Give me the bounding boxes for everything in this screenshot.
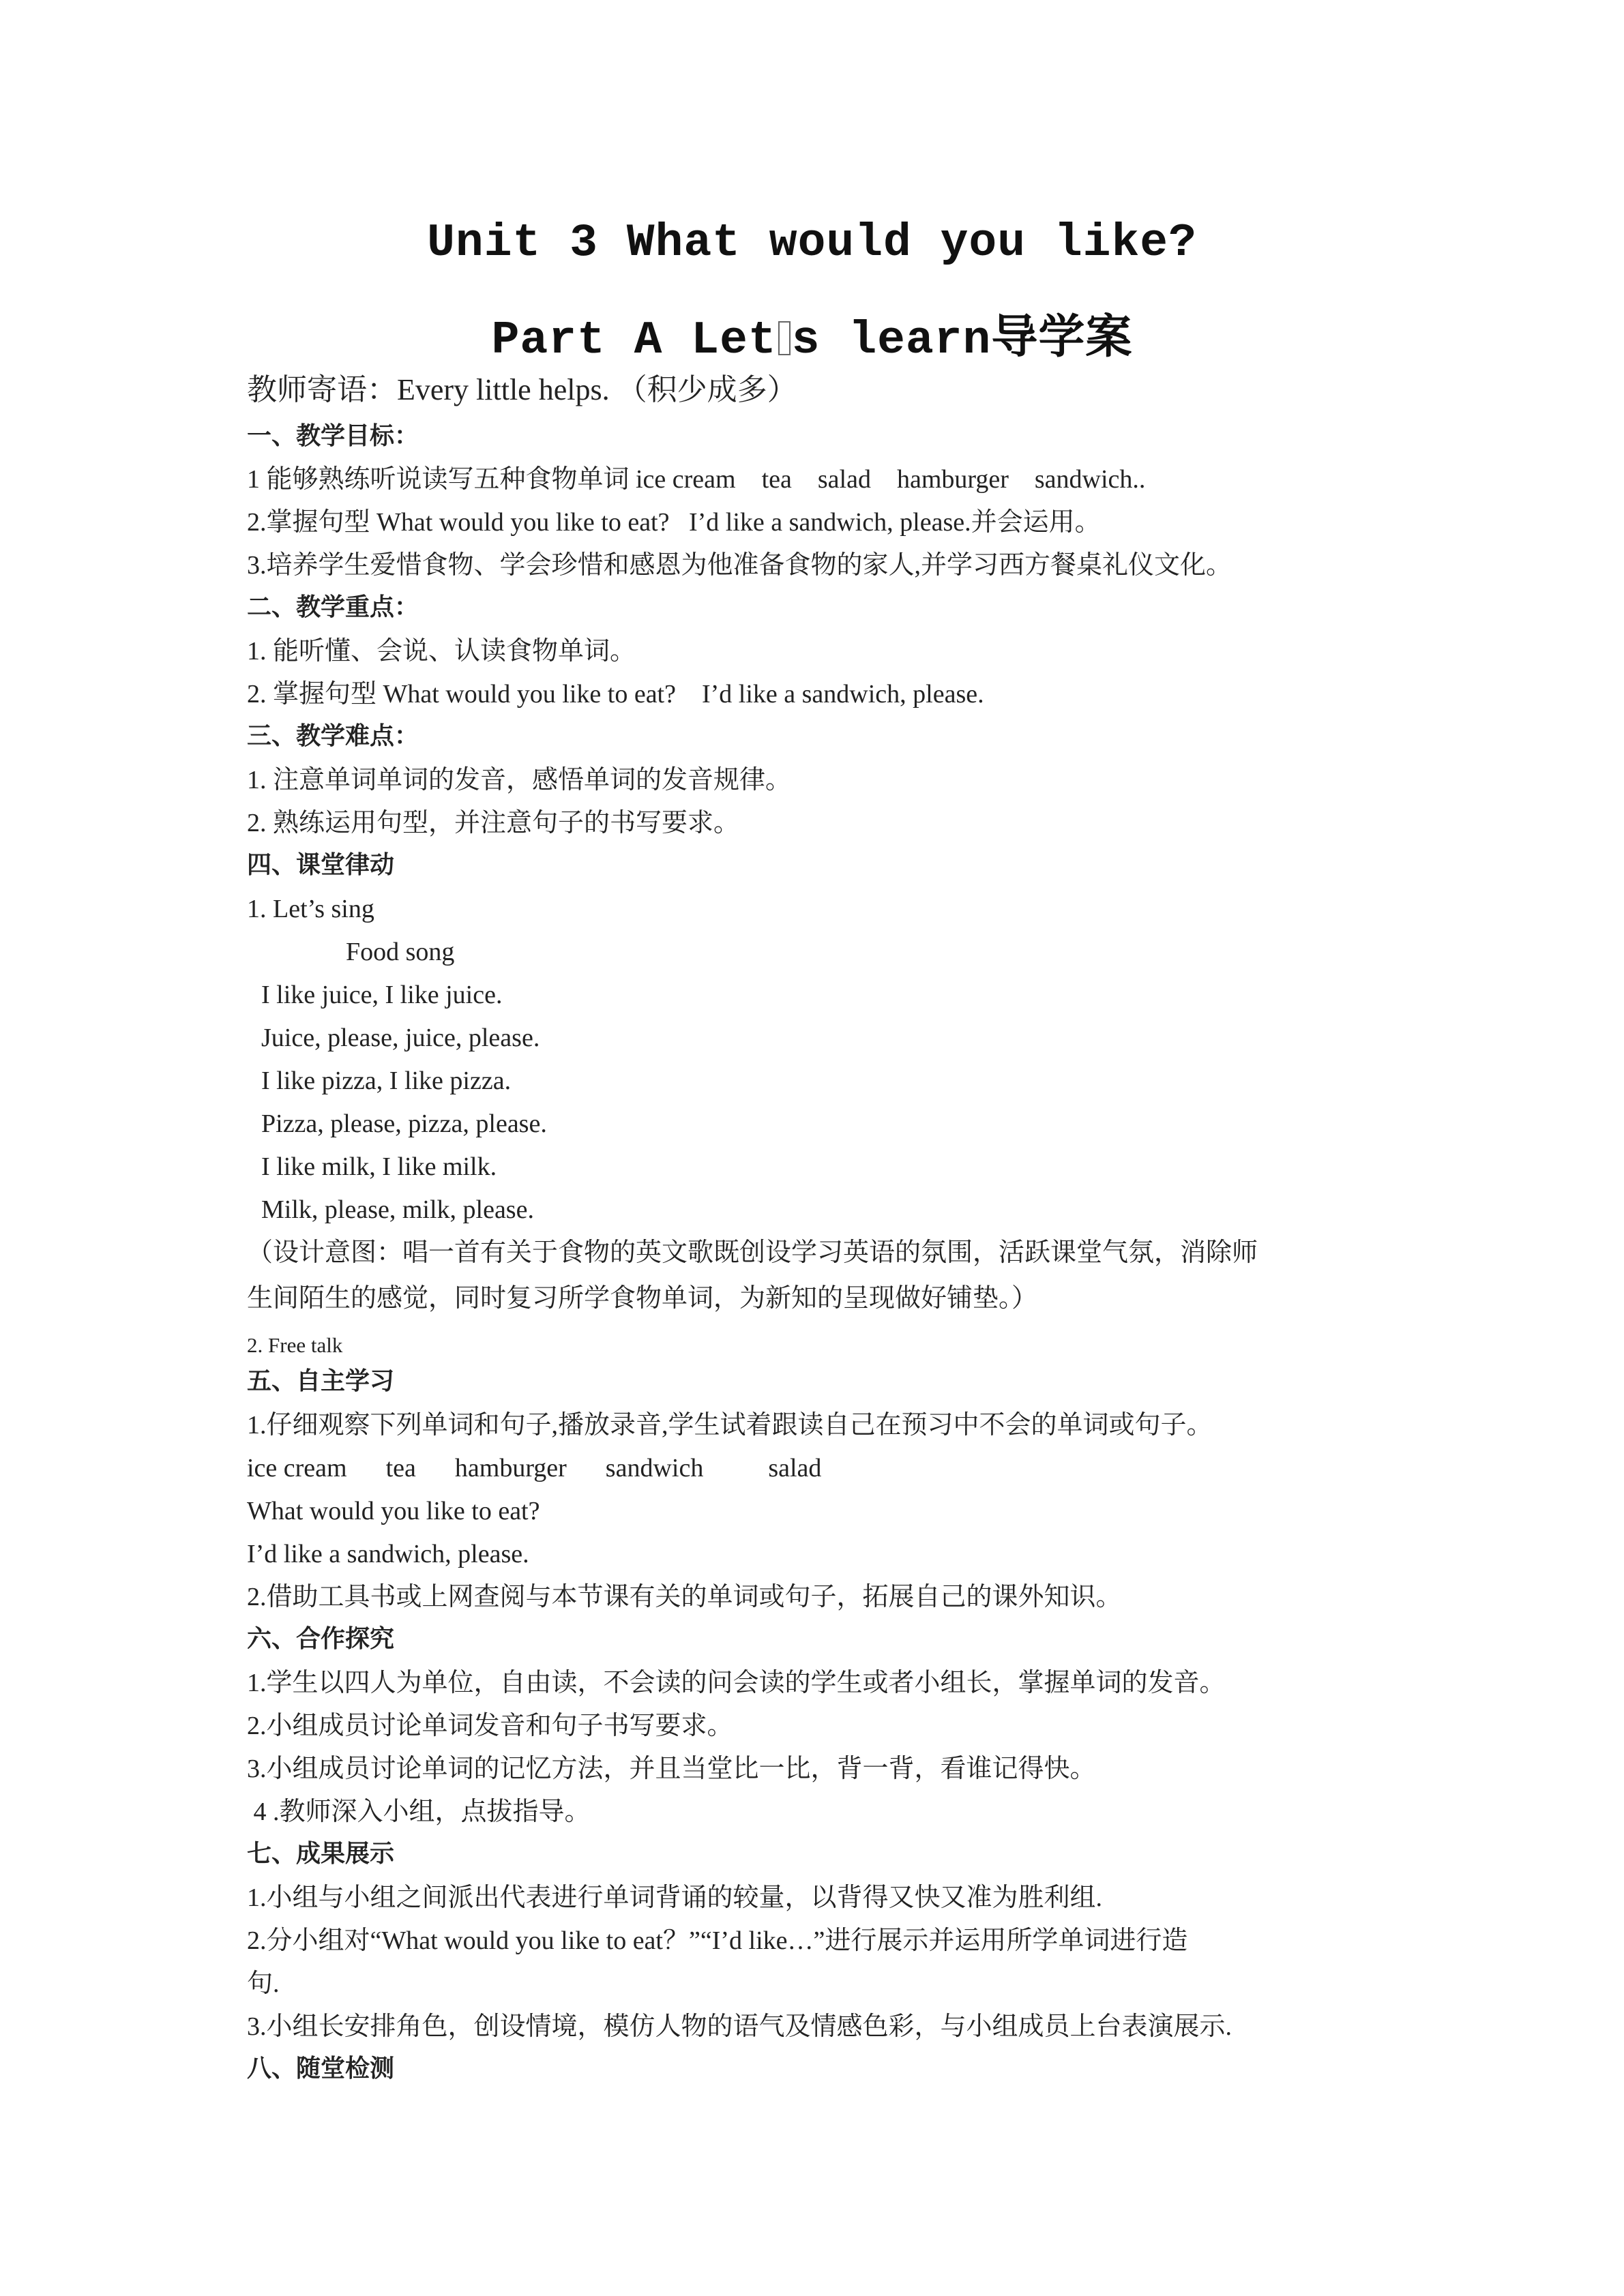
list-item-continued: 句. — [247, 1971, 280, 1997]
section-heading: 二、教学重点： — [247, 595, 419, 620]
list-item: 2.小组成员讨论单词发音和句子书写要求。 — [247, 1713, 733, 1739]
list-item: 1.小组与小组之间派出代表进行单词背诵的较量，以背得又快又准为胜利组. — [247, 1885, 1102, 1911]
list-item: 3.小组成员讨论单词的记忆方法，并且当堂比一比，背一背，看谁记得快。 — [247, 1756, 1096, 1782]
list-item: 2. 掌握句型 What would you like to eat? I’d … — [247, 681, 984, 707]
missing-glyph-icon — [778, 321, 791, 355]
song-line: Pizza, please, pizza, please. — [261, 1111, 547, 1137]
title-line-1: Unit 3 What would you like? — [0, 217, 1624, 269]
section-heading: 五、自主学习 — [247, 1369, 394, 1394]
list-item: 2.掌握句型 What would you like to eat? I’d l… — [247, 509, 1101, 535]
list-item: 2. Free talk — [247, 1335, 342, 1356]
list-item: 2.分小组对“What would you like to eat？”“I’d … — [247, 1928, 1187, 1954]
section-heading: 八、随堂检测 — [247, 2057, 394, 2081]
list-item: 1. 能听懂、会说、认读食物单词。 — [247, 638, 636, 664]
title-learn: s learn — [792, 314, 992, 367]
section-heading: 三、教学难点： — [247, 724, 419, 749]
list-item: 2.借助工具书或上网查阅与本节课有关的单词或句子，拓展自己的课外知识。 — [247, 1584, 1122, 1610]
list-item: 1.仔细观察下列单词和句子,播放录音,学生试着跟读自己在预习中不会的单词或句子。 — [247, 1412, 1213, 1438]
teacher-motto: 教师寄语：Every little helps. （积少成多） — [247, 375, 797, 405]
section-heading: 六、合作探究 — [247, 1627, 394, 1652]
design-intent: 生间陌生的感觉，同时复习所学食物单词，为新知的呈现做好铺垫。） — [247, 1285, 1037, 1311]
list-item: 3.小组长安排角色，创设情境，模仿人物的语气及情感色彩，与小组成员上台表演展示. — [247, 2014, 1232, 2040]
sentence: What would you like to eat? — [247, 1498, 540, 1524]
list-item: 3.培养学生爱惜食物、学会珍惜和感恩为他准备食物的家人,并学习西方餐桌礼仪文化。 — [247, 552, 1232, 578]
song-line: I like juice, I like juice. — [261, 982, 502, 1008]
vocabulary-row: ice cream tea hamburger sandwich salad — [247, 1455, 821, 1481]
song-title: Food song — [346, 939, 454, 965]
section-heading: 七、成果展示 — [247, 1842, 394, 1866]
list-item: 1 能够熟练听说读写五种食物单词 ice cream tea salad ham… — [247, 466, 1145, 492]
song-line: Milk, please, milk, please. — [261, 1197, 534, 1223]
title-part-a: Part A Let — [492, 314, 777, 367]
document-page: Unit 3 What would you like? Part A Lets … — [0, 0, 1624, 2296]
list-item: 4 .教师深入小组，点拔指导。 — [247, 1799, 591, 1825]
list-item: 1.学生以四人为单位，自由读，不会读的问会读的学生或者小组长，掌握单词的发音。 — [247, 1670, 1226, 1696]
section-heading: 一、教学目标： — [247, 424, 419, 449]
title-line-2: Part A Lets learn导学案 — [0, 300, 1624, 367]
song-line: Juice, please, juice, please. — [261, 1025, 540, 1051]
list-item: 2. 熟练运用句型，并注意句子的书写要求。 — [247, 810, 739, 836]
song-line: I like milk, I like milk. — [261, 1154, 497, 1180]
song-line: I like pizza, I like pizza. — [261, 1068, 511, 1094]
design-intent: （设计意图：唱一首有关于食物的英文歌既创设学习英语的氛围，活跃课堂气氛，消除师 — [247, 1240, 1258, 1266]
section-heading: 四、课堂律动 — [247, 853, 394, 878]
list-item: 1. Let’s sing — [247, 896, 374, 922]
title-daoxuean: 导学案 — [991, 310, 1132, 364]
sentence: I’d like a sandwich, please. — [247, 1541, 529, 1567]
list-item: 1. 注意单词单词的发音，感悟单词的发音规律。 — [247, 767, 791, 793]
